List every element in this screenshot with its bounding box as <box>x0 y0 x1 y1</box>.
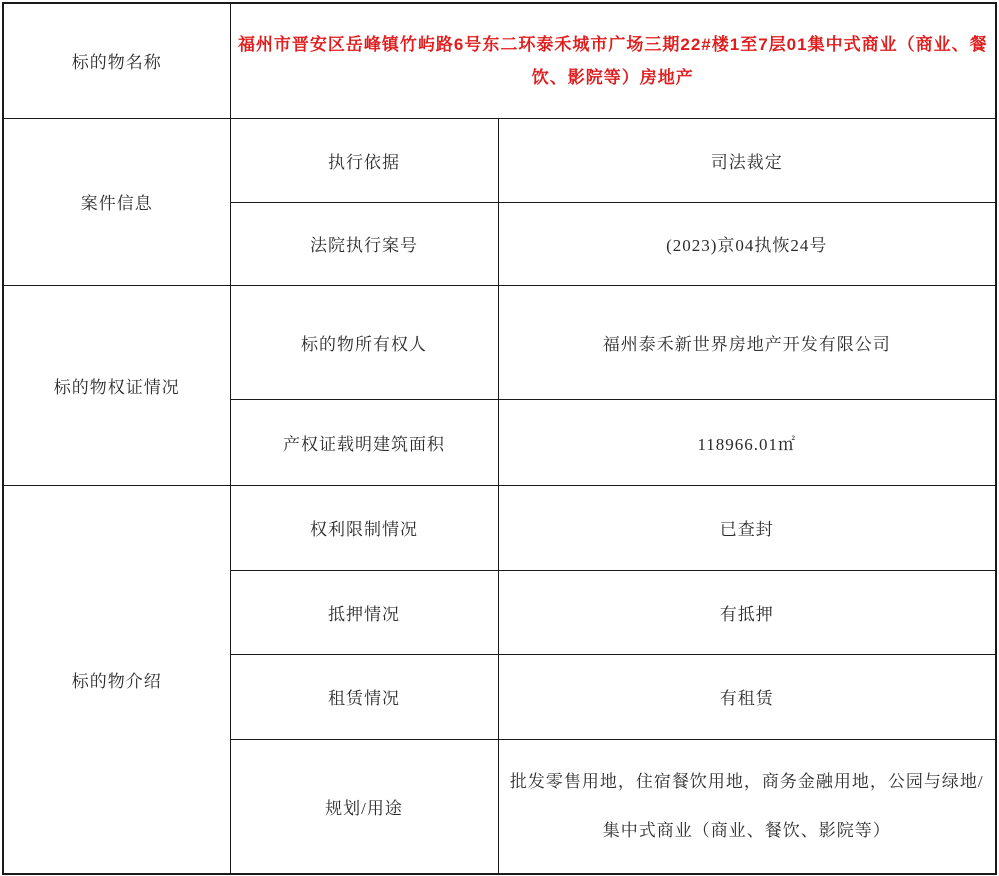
table-row: 案件信息 执行依据 司法裁定 <box>3 118 996 202</box>
key-rights-restriction: 权利限制情况 <box>230 485 498 570</box>
auction-property-document: 标的物名称 福州市晋安区岳峰镇竹屿路6号东二环泰禾城市广场三期22#楼1至7层0… <box>0 0 999 876</box>
group-label-subject-introduction: 标的物介绍 <box>3 485 230 874</box>
key-planning-usage: 规划/用途 <box>230 739 498 874</box>
key-enforcement-basis: 执行依据 <box>230 118 498 202</box>
value-lease-status: 有租赁 <box>498 654 996 739</box>
value-rights-restriction: 已查封 <box>498 485 996 570</box>
key-certificate-floor-area: 产权证载明建筑面积 <box>230 399 498 485</box>
row-label-subject-name: 标的物名称 <box>3 3 230 118</box>
group-label-case-info: 案件信息 <box>3 118 230 285</box>
subject-name-value: 福州市晋安区岳峰镇竹屿路6号东二环泰禾城市广场三期22#楼1至7层01集中式商业… <box>230 3 996 118</box>
value-court-case-number: (2023)京04执恢24号 <box>498 202 996 285</box>
value-certificate-floor-area: 118966.01㎡ <box>498 399 996 485</box>
value-property-owner: 福州泰禾新世界房地产开发有限公司 <box>498 285 996 399</box>
key-court-case-number: 法院执行案号 <box>230 202 498 285</box>
table-row: 标的物权证情况 标的物所有权人 福州泰禾新世界房地产开发有限公司 <box>3 285 996 399</box>
table-row: 标的物介绍 权利限制情况 已查封 <box>3 485 996 570</box>
table-row: 标的物名称 福州市晋安区岳峰镇竹屿路6号东二环泰禾城市广场三期22#楼1至7层0… <box>3 3 996 118</box>
auction-info-table: 标的物名称 福州市晋安区岳峰镇竹屿路6号东二环泰禾城市广场三期22#楼1至7层0… <box>2 2 997 875</box>
key-mortgage-status: 抵押情况 <box>230 570 498 654</box>
value-planning-usage: 批发零售用地，住宿餐饮用地，商务金融用地，公园与绿地/集中式商业（商业、餐饮、影… <box>498 739 996 874</box>
value-enforcement-basis: 司法裁定 <box>498 118 996 202</box>
group-label-title-certificate: 标的物权证情况 <box>3 285 230 485</box>
value-mortgage-status: 有抵押 <box>498 570 996 654</box>
key-property-owner: 标的物所有权人 <box>230 285 498 399</box>
key-lease-status: 租赁情况 <box>230 654 498 739</box>
